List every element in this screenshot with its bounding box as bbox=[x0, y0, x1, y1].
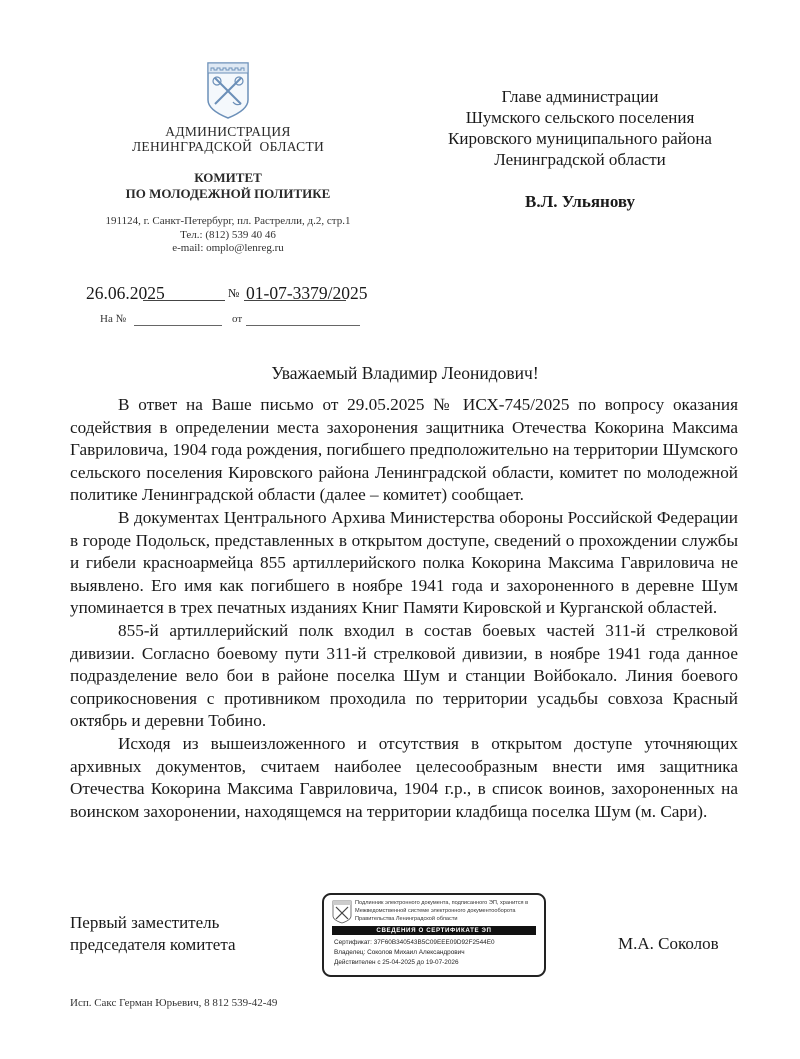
stamp-notice: Подлинник электронного документа, подпис… bbox=[355, 899, 541, 923]
reference-number-blank bbox=[134, 325, 222, 326]
addressee-line: Главе администрации bbox=[410, 86, 750, 107]
letter-body: В ответ на Ваше письмо от 29.05.2025 № И… bbox=[70, 394, 738, 823]
stamp-header: СВЕДЕНИЯ О СЕРТИФИКАТЕ ЭП bbox=[332, 926, 536, 935]
stamp-coat-of-arms-icon bbox=[332, 900, 352, 924]
paragraph: В ответ на Ваше письмо от 29.05.2025 № И… bbox=[70, 394, 738, 507]
email: e-mail: omplo@lenreg.ru bbox=[80, 242, 376, 256]
committee-line-1: КОМИТЕТ bbox=[80, 170, 376, 186]
addressee-name: В.Л. Ульянову bbox=[410, 192, 750, 212]
addressee-line: Шумского сельского поселения bbox=[410, 107, 750, 128]
signatory-title: Первый заместитель председателя комитета bbox=[70, 912, 236, 956]
administration-line-2: ЛЕНИНГРАДСКОЙ ОБЛАСТИ bbox=[80, 139, 376, 154]
signatory-title-line: Первый заместитель bbox=[70, 912, 236, 934]
paragraph: Исходя из вышеизложенного и отсутствия в… bbox=[70, 733, 738, 823]
greeting: Уважаемый Владимир Леонидович! bbox=[60, 363, 750, 384]
date-underline bbox=[143, 300, 225, 301]
certificate-info: Сертификат: 37F60B340543B5C09EEE09D92F25… bbox=[334, 938, 495, 968]
committee-line-2: ПО МОЛОДЕЖНОЙ ПОЛИТИКЕ bbox=[80, 186, 376, 202]
reference-date-label: от bbox=[232, 313, 242, 325]
coat-of-arms-icon bbox=[205, 60, 251, 120]
signatory-name: М.А. Соколов bbox=[618, 934, 719, 954]
committee-contacts: 191124, г. Санкт-Петербург, пл. Растрелл… bbox=[80, 215, 376, 256]
certificate-owner: Владелец: Соколов Михаил Александрович bbox=[334, 948, 495, 958]
signatory-title-line: председателя комитета bbox=[70, 934, 236, 956]
reference-number-label: На № bbox=[100, 313, 126, 325]
postal-address: 191124, г. Санкт-Петербург, пл. Растрелл… bbox=[80, 215, 376, 229]
number-underline bbox=[244, 300, 346, 301]
registration-number-label: № bbox=[228, 286, 239, 301]
certificate-validity: Действителен с 25-04-2025 до 19-07-2026 bbox=[334, 958, 495, 968]
executor-contact: Исп. Сакс Герман Юрьевич, 8 812 539-42-4… bbox=[70, 997, 277, 1009]
committee-title: КОМИТЕТ ПО МОЛОДЕЖНОЙ ПОЛИТИКЕ bbox=[80, 170, 376, 202]
paragraph: 855-й артиллерийский полк входил в соста… bbox=[70, 620, 738, 733]
paragraph: В документах Центрального Архива Министе… bbox=[70, 507, 738, 620]
certificate-id: Сертификат: 37F60B340543B5C09EEE09D92F25… bbox=[334, 938, 495, 948]
electronic-signature-stamp: Подлинник электронного документа, подпис… bbox=[322, 893, 546, 977]
reference-date-blank bbox=[246, 325, 360, 326]
phone: Тел.: (812) 539 40 46 bbox=[80, 229, 376, 243]
addressee-line: Ленинградской области bbox=[410, 149, 750, 170]
addressee-line: Кировского муниципального района bbox=[410, 128, 750, 149]
administration-line-1: АДМИНИСТРАЦИЯ bbox=[80, 124, 376, 139]
administration-title: АДМИНИСТРАЦИЯ ЛЕНИНГРАДСКОЙ ОБЛАСТИ bbox=[80, 124, 376, 154]
addressee-block: Главе администрации Шумского сельского п… bbox=[410, 86, 750, 170]
